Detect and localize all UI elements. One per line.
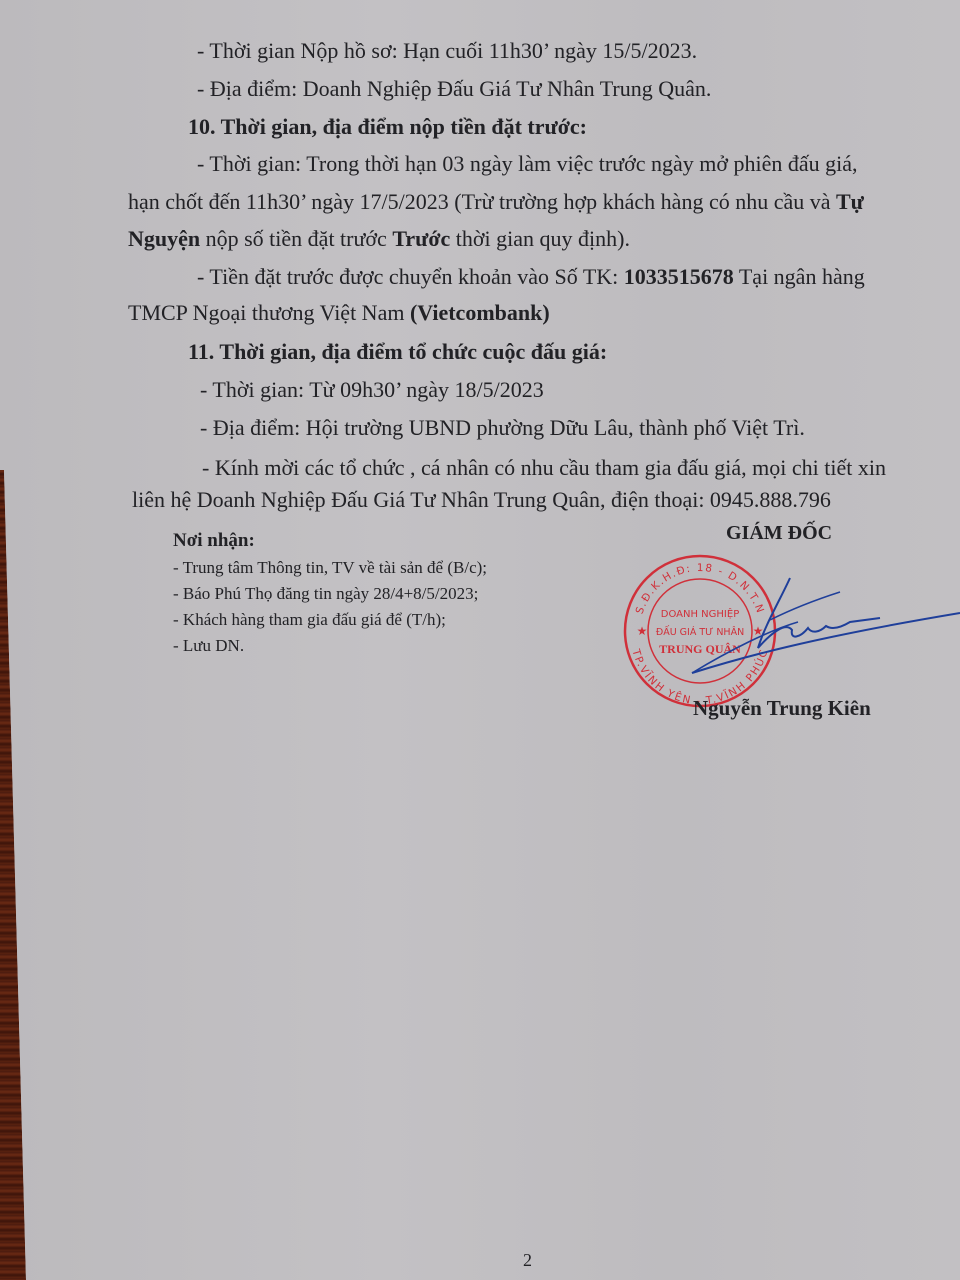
section-11-heading: 11. Thời gian, địa điểm tổ chức cuộc đấu… [188, 339, 607, 365]
section-10-time-line2: hạn chốt đến 11h30’ ngày 17/5/2023 (Trừ … [128, 189, 864, 215]
recipients-heading: Nơi nhận: [173, 530, 255, 552]
deposit-line1: - Tiền đặt trước được chuyển khoản vào S… [197, 264, 865, 290]
text-run: - Tiền đặt trước được chuyển khoản vào S… [197, 264, 624, 289]
emphasis-text: Trước [392, 226, 450, 251]
bank-name: (Vietcombank) [410, 300, 550, 325]
recipient-item: - Lưu DN. [173, 636, 244, 656]
text-run: TMCP Ngoại thương Việt Nam [128, 300, 410, 325]
section-10-heading: 10. Thời gian, địa điểm nộp tiền đặt trư… [188, 114, 587, 140]
emphasis-text: Nguyện [128, 226, 200, 251]
text-run: nộp số tiền đặt trước [200, 226, 392, 251]
submission-place: - Địa điểm: Doanh Nghiệp Đấu Giá Tư Nhân… [197, 76, 711, 102]
section-10-time-line1: - Thời gian: Trong thời hạn 03 ngày làm … [197, 151, 858, 177]
section-11-place: - Địa điểm: Hội trường UBND phường Dữu L… [200, 415, 805, 441]
text-run: Tại ngân hàng [734, 264, 865, 289]
page-number: 2 [523, 1250, 532, 1271]
recipient-item: - Trung tâm Thông tin, TV về tài sản để … [173, 558, 487, 578]
text-run: hạn chốt đến 11h30’ ngày 17/5/2023 (Trừ … [128, 189, 836, 214]
signatory-name: Nguyễn Trung Kiên [693, 696, 871, 721]
text-run: thời gian quy định). [450, 226, 630, 251]
recipient-item: - Báo Phú Thọ đăng tin ngày 28/4+8/5/202… [173, 584, 478, 604]
account-number: 1033515678 [624, 264, 734, 289]
section-10-time-line3: Nguyện nộp số tiền đặt trước Trước thời … [128, 226, 630, 252]
emphasis-text: Tự [836, 189, 864, 214]
submission-time: - Thời gian Nộp hồ sơ: Hạn cuối 11h30’ n… [197, 38, 697, 64]
invitation-line2: liên hệ Doanh Nghiệp Đấu Giá Tư Nhân Tru… [132, 487, 831, 513]
section-11-time: - Thời gian: Từ 09h30’ ngày 18/5/2023 [200, 377, 544, 403]
handwritten-signature [640, 570, 960, 690]
invitation-line1: - Kính mời các tổ chức , cá nhân có nhu … [202, 455, 886, 481]
recipient-item: - Khách hàng tham gia đấu giá để (T/h); [173, 610, 446, 630]
signatory-title: GIÁM ĐỐC [726, 522, 832, 545]
deposit-line2: TMCP Ngoại thương Việt Nam (Vietcombank) [128, 300, 550, 326]
